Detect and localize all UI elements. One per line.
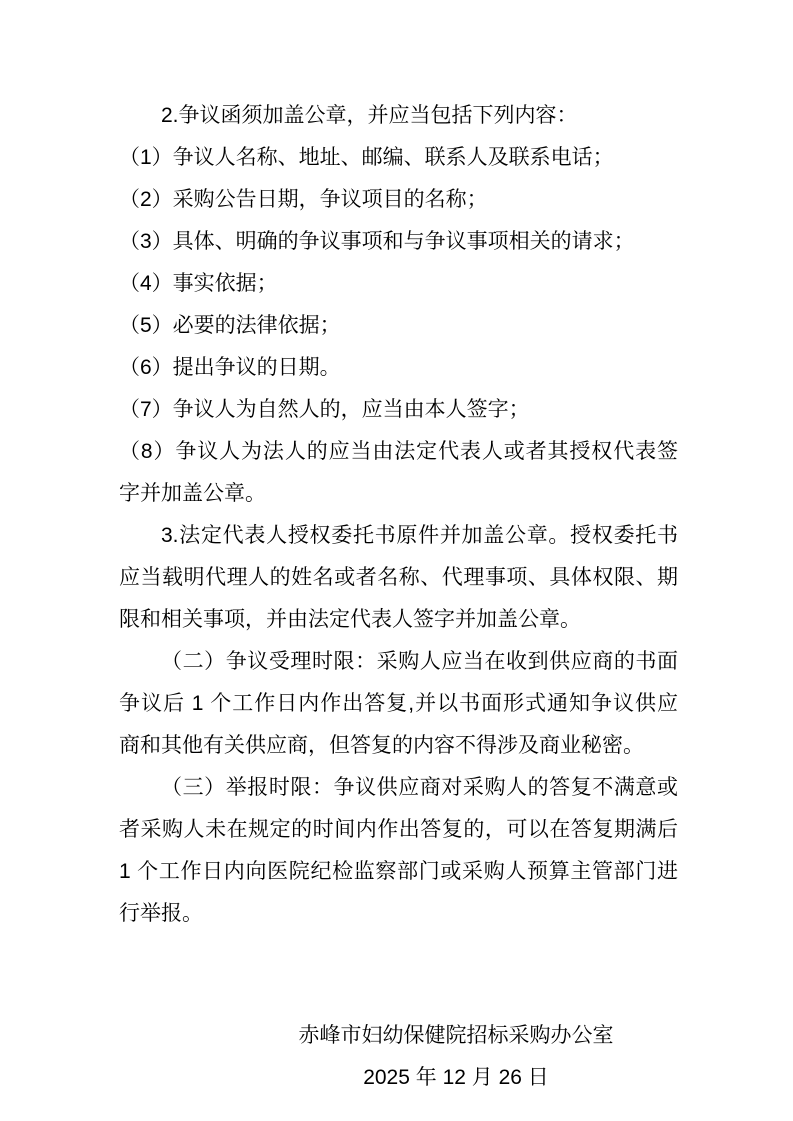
para-report-limit-line-2: 者采购人未在规定的时间内作出答复的，可以在答复期满后 <box>119 809 678 851</box>
document-body: 2.争议函须加盖公章，并应当包括下列内容： （1）争议人名称、地址、邮编、联系人… <box>119 95 678 935</box>
para-response-limit-line-3: 商和其他有关供应商，但答复的内容不得涉及商业秘密。 <box>119 725 678 767</box>
para-power-of-attorney-line-1: 3.法定代表人授权委托书原件并加盖公章。授权委托书 <box>119 515 678 557</box>
footer-organization: 赤峰市妇幼保健院招标采购办公室 <box>234 1015 678 1057</box>
list-item-3: （3）具体、明确的争议事项和与争议事项相关的请求； <box>119 221 678 263</box>
list-item-6: （6）提出争议的日期。 <box>119 347 678 389</box>
para-response-limit-line-2: 争议后 1 个工作日内作出答复,并以书面形式通知争议供应 <box>119 683 678 725</box>
para-power-of-attorney-line-3: 限和相关事项，并由法定代表人签字并加盖公章。 <box>119 599 678 641</box>
para-response-limit-line-1: （二）争议受理时限：采购人应当在收到供应商的书面 <box>119 641 678 683</box>
para-report-limit-line-4: 行举报。 <box>119 893 678 935</box>
list-item-5: （5）必要的法律依据； <box>119 305 678 347</box>
footer-date: 2025 年 12 月 26 日 <box>234 1057 678 1099</box>
list-item-1: （1）争议人名称、地址、邮编、联系人及联系电话； <box>119 137 678 179</box>
document-page: 2.争议函须加盖公章，并应当包括下列内容： （1）争议人名称、地址、邮编、联系人… <box>0 0 793 1121</box>
list-item-8: （8）争议人为法人的应当由法定代表人或者其授权代表签 <box>119 431 678 473</box>
signature-block: 赤峰市妇幼保健院招标采购办公室 2025 年 12 月 26 日 <box>119 1015 678 1099</box>
para-power-of-attorney-line-2: 应当载明代理人的姓名或者名称、代理事项、具体权限、期 <box>119 557 678 599</box>
para-report-limit-line-3: 1 个工作日内向医院纪检监察部门或采购人预算主管部门进 <box>119 851 678 893</box>
list-item-4: （4）事实依据； <box>119 263 678 305</box>
list-item-2: （2）采购公告日期，争议项目的名称； <box>119 179 678 221</box>
list-item-7: （7）争议人为自然人的，应当由本人签字； <box>119 389 678 431</box>
para-report-limit-line-1: （三）举报时限：争议供应商对采购人的答复不满意或 <box>119 767 678 809</box>
para-dispute-letter-heading: 2.争议函须加盖公章，并应当包括下列内容： <box>119 95 678 137</box>
list-item-8-continuation: 字并加盖公章。 <box>119 473 678 515</box>
